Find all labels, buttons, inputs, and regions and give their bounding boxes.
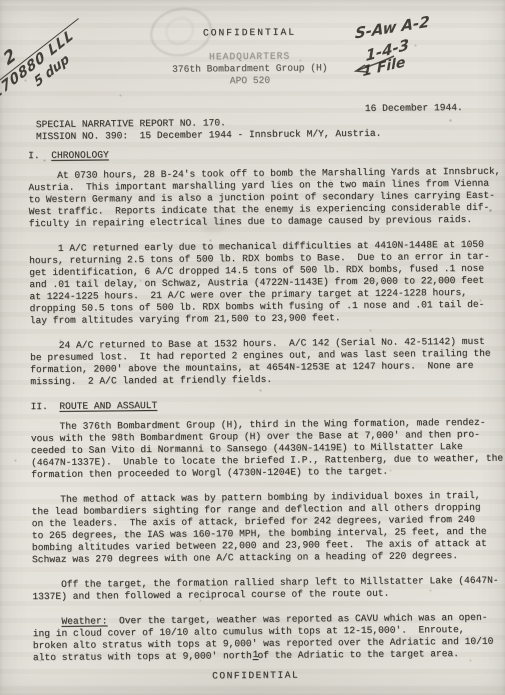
mission-line: MISSION NO. 390: 15 December 1944 - Inns… [36,128,382,143]
section-heading: II. ROUTE AND ASSAULT [31,397,501,414]
letterhead: HEADQUARTERS 376th Bombardment Group (H)… [0,49,502,90]
section-heading: I. CHRONOLOGY [28,146,498,163]
classification-header: CONFIDENTIAL [0,25,502,42]
paragraph: The method of attack was by pattern bomb… [31,490,502,567]
report-title-block: SPECIAL NARRATIVE REPORT NO. 170. MISSIO… [36,116,382,143]
document-body: I. CHRONOLOGY At 0730 hours, 28 B-24's t… [28,146,503,677]
scanned-report-page: 2 170880 LLL 5 dup S-Aw A-2 1-4-3 1 File… [0,0,505,695]
paragraph: 24 A/C returned to Base at 1532 hours. A… [30,336,500,389]
date-line: 16 December 1944. [365,102,463,115]
paper-speckle [0,0,1,1]
paragraph: 1 A/C returned early due to mechanical d… [29,239,500,328]
typewritten-content: CONFIDENTIAL HEADQUARTERS 376th Bombardm… [0,0,505,695]
paragraph: At 0730 hours, 28 B-24's took off to bom… [28,166,499,231]
paragraph: The 376th Bombardment Group (H), third i… [31,417,502,482]
paragraph: Off the target, the formation rallied sh… [32,575,502,604]
